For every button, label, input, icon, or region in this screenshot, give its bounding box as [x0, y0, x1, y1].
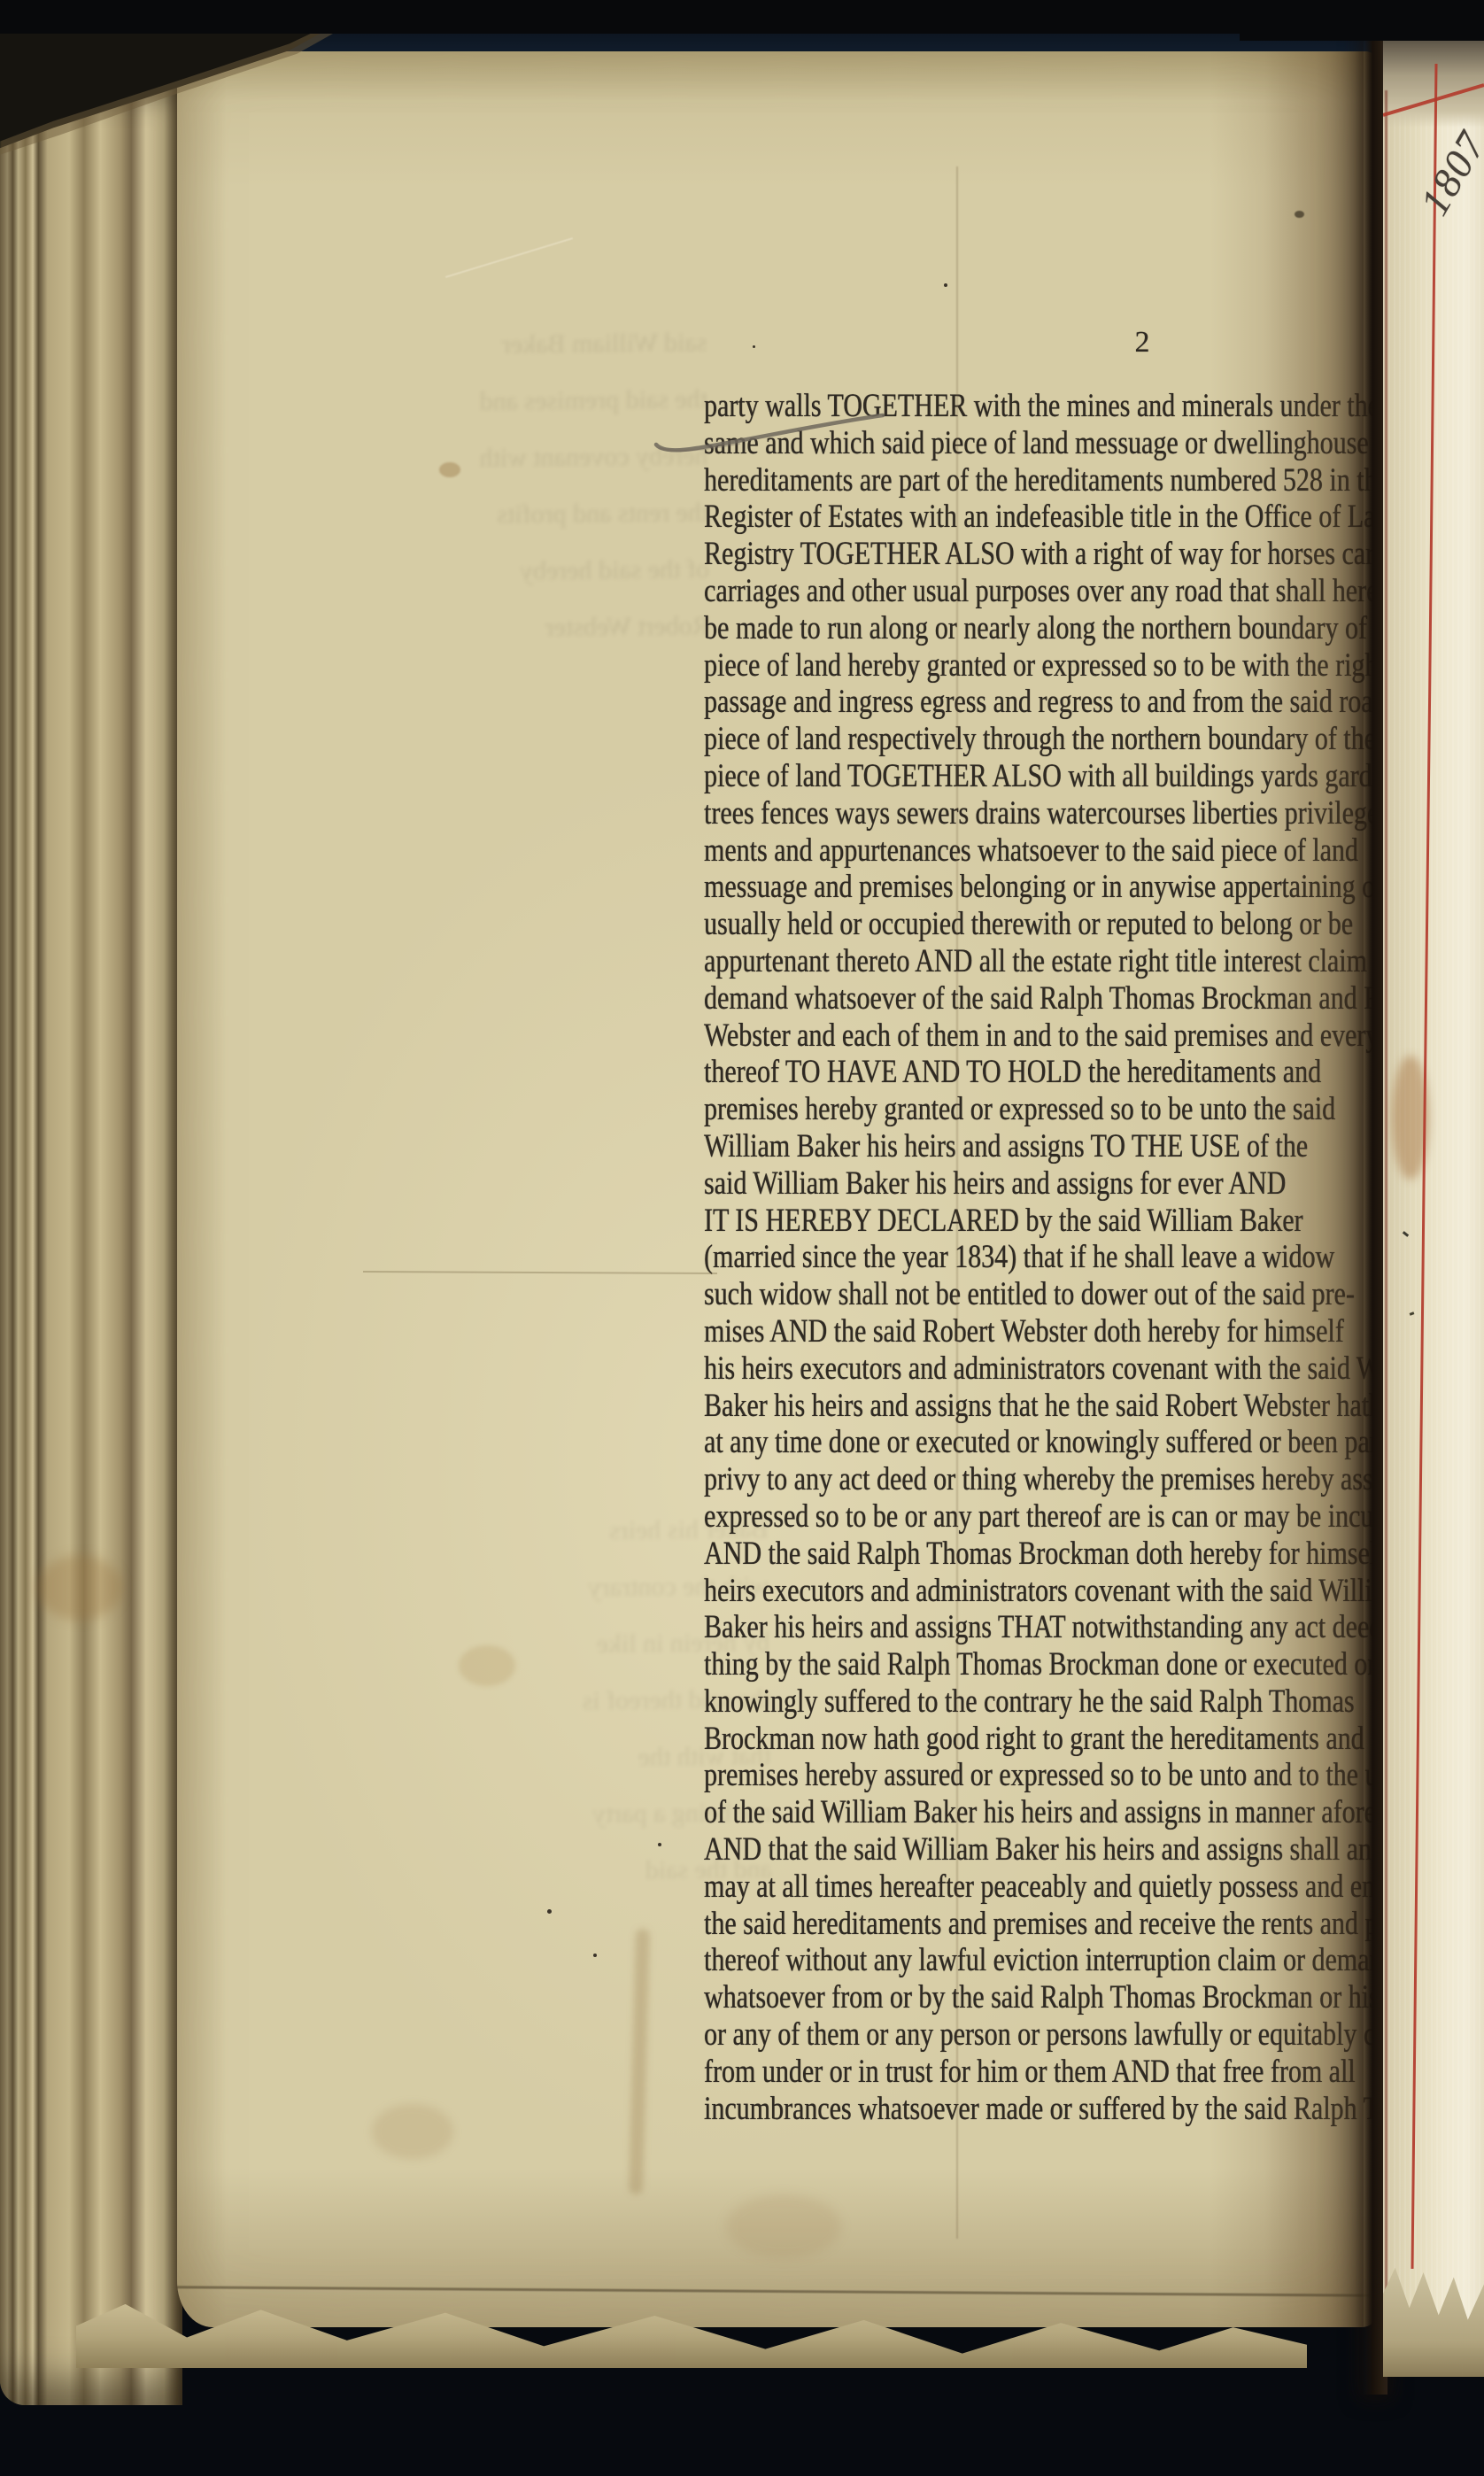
vertical-crease — [956, 166, 958, 2239]
background-top-band — [1240, 0, 1484, 41]
fox-stain — [372, 2104, 453, 2159]
paper-speck — [593, 1954, 597, 1957]
facing-page: 1807 — [1383, 37, 1484, 2377]
red-ruled-lines — [1383, 37, 1484, 2377]
red-rule-vertical — [1412, 64, 1436, 2269]
pencil-underline — [651, 404, 899, 457]
paper-speck — [658, 1843, 661, 1846]
paper-speck — [753, 345, 755, 348]
paper-scratch — [445, 237, 573, 278]
stain-streak — [629, 1929, 650, 2194]
page-curl-shadow — [1264, 51, 1378, 2327]
paper-speck — [944, 283, 947, 287]
left-page-edges — [0, 76, 182, 2405]
main-page: said William Baker the said premises and… — [177, 51, 1378, 2327]
fox-stain — [459, 1645, 515, 1686]
fox-stain — [439, 462, 460, 477]
horizontal-crease — [363, 1271, 717, 1274]
fox-stain — [726, 2194, 841, 2258]
book-photo: said William Baker the said premises and… — [0, 0, 1484, 2476]
ghost-showthrough-text: said William Baker the said premises and… — [211, 314, 710, 660]
ghost-showthrough-text: Baker his heirs with the contrary by her… — [255, 1501, 773, 1903]
paper-speck — [547, 1909, 552, 1914]
